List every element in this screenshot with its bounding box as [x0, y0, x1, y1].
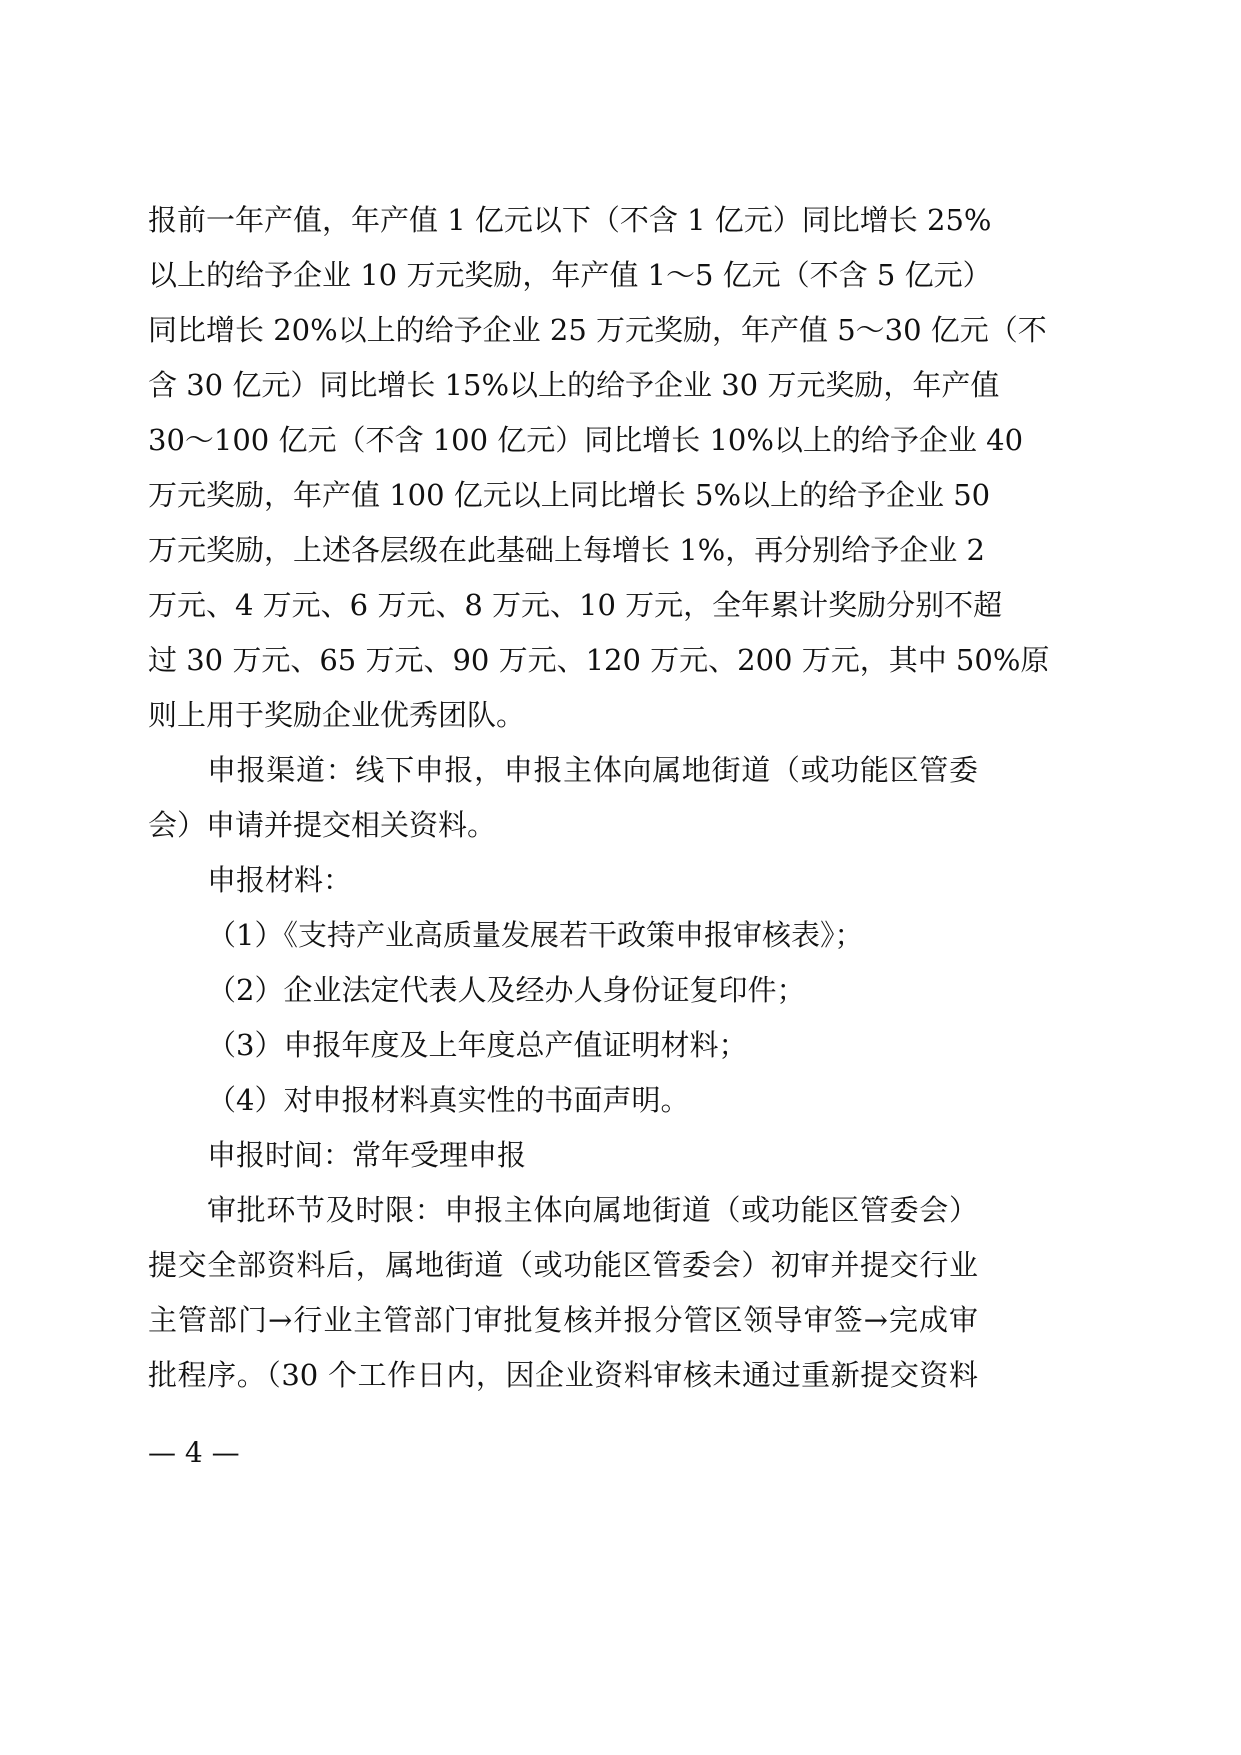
document-page: 报前一年产值，年产值 1 亿元以下（不含 1 亿元）同比增长 25% 以上的给予… [0, 0, 1241, 1755]
paragraph-line: 同比增长 20%以上的给予企业 25 万元奖励，年产值 5～30 亿元（不 [148, 310, 978, 350]
paragraph-line: 报前一年产值，年产值 1 亿元以下（不含 1 亿元）同比增长 25% [148, 200, 978, 240]
paragraph-line: 主管部门→行业主管部门审批复核并报分管区领导审签→完成审 [148, 1300, 978, 1340]
paragraph-line: 提交全部资料后，属地街道（或功能区管委会）初审并提交行业 [148, 1245, 978, 1285]
paragraph-line: 批程序。（30 个工作日内，因企业资料审核未通过重新提交资料 [148, 1355, 978, 1395]
paragraph-line: 万元奖励，年产值 100 亿元以上同比增长 5%以上的给予企业 50 [148, 475, 978, 515]
material-item-3: （3）申报年度及上年度总产值证明材料； [207, 1025, 978, 1065]
paragraph-line: 则上用于奖励企业优秀团队。 [148, 695, 978, 735]
materials-heading: 申报材料： [207, 860, 978, 900]
time-paragraph: 申报时间：常年受理申报 [207, 1135, 978, 1175]
material-item-2: （2）企业法定代表人及经办人身份证复印件； [207, 970, 978, 1010]
paragraph-line: 过 30 万元、65 万元、90 万元、120 万元、200 万元，其中 50%… [148, 640, 978, 680]
paragraph-line: 会）申请并提交相关资料。 [148, 805, 978, 845]
material-item-4: （4）对申报材料真实性的书面声明。 [207, 1080, 978, 1120]
page-number: — 4 — [148, 1436, 240, 1469]
paragraph-line: 含 30 亿元）同比增长 15%以上的给予企业 30 万元奖励，年产值 [148, 365, 978, 405]
paragraph-line: 万元、4 万元、6 万元、8 万元、10 万元，全年累计奖励分别不超 [148, 585, 978, 625]
paragraph-line: 以上的给予企业 10 万元奖励，年产值 1～5 亿元（不含 5 亿元） [148, 255, 978, 295]
channel-paragraph: 申报渠道：线下申报，申报主体向属地街道（或功能区管委 [207, 750, 978, 790]
material-item-1: （1）《支持产业高质量发展若干政策申报审核表》； [207, 915, 978, 955]
approval-paragraph: 审批环节及时限：申报主体向属地街道（或功能区管委会） [207, 1190, 978, 1230]
paragraph-line: 30～100 亿元（不含 100 亿元）同比增长 10%以上的给予企业 40 [148, 420, 978, 460]
paragraph-line: 万元奖励，上述各层级在此基础上每增长 1%，再分别给予企业 2 [148, 530, 978, 570]
